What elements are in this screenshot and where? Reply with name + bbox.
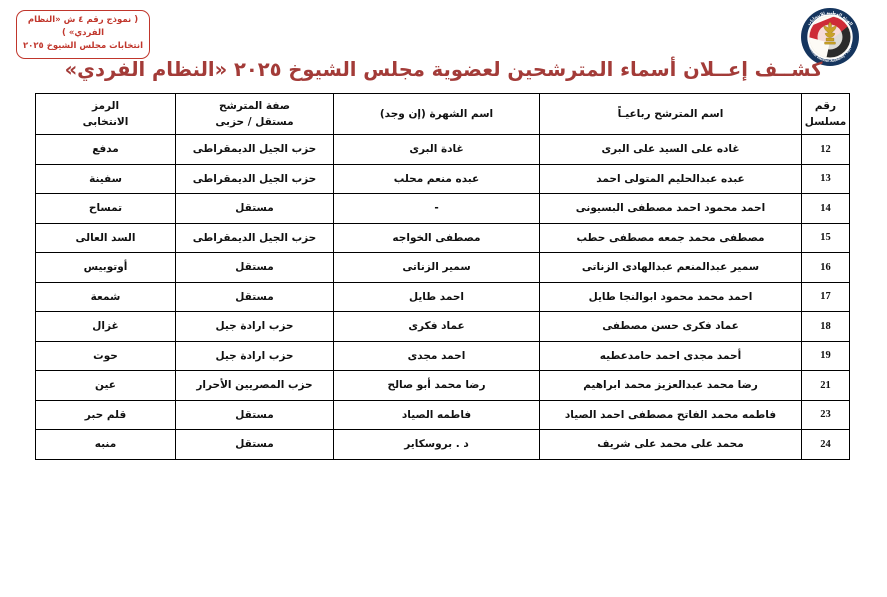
cell-full-name: احمد محمود احمد مصطفى البسيونى xyxy=(540,194,802,224)
cell-serial: 15 xyxy=(802,223,850,253)
cell-symbol: منبه xyxy=(36,430,176,460)
cell-alias: - xyxy=(334,194,540,224)
table-row: 23 فاطمه محمد الفاتح مصطفى احمد الصياد ف… xyxy=(36,400,850,430)
document-page: { "colors": { "title_red": "#a33b38", "b… xyxy=(0,0,887,597)
header-status: صفة المترشح مستقل / حزبى xyxy=(176,94,334,135)
form-number-line: ( نموذج رقم ٤ ش «النظام الفردي» ) xyxy=(21,14,145,40)
cell-serial: 24 xyxy=(802,430,850,460)
cell-symbol: غزال xyxy=(36,312,176,342)
cell-full-name: غاده على السيد على البرى xyxy=(540,135,802,165)
cell-serial: 21 xyxy=(802,371,850,401)
cell-alias: احمد طايل xyxy=(334,282,540,312)
cell-symbol: شمعة xyxy=(36,282,176,312)
header-row: رقم مسلسل اسم المترشح رباعيـاً اسم الشهر… xyxy=(36,94,850,135)
header-alias: اسم الشهرة (إن وجد) xyxy=(334,94,540,135)
cell-serial: 16 xyxy=(802,253,850,283)
cell-symbol: مدفع xyxy=(36,135,176,165)
table-row: 24 محمد على محمد على شريف د . بروسكاير م… xyxy=(36,430,850,460)
table-header: رقم مسلسل اسم المترشح رباعيـاً اسم الشهر… xyxy=(36,94,850,135)
cell-full-name: محمد على محمد على شريف xyxy=(540,430,802,460)
form-election-line: انتخابات مجلس الشيوخ ٢٠٢٥ xyxy=(21,40,145,53)
cell-alias: فاطمه الصياد xyxy=(334,400,540,430)
cell-alias: عبده منعم محلب xyxy=(334,164,540,194)
cell-serial: 14 xyxy=(802,194,850,224)
cell-symbol: عين xyxy=(36,371,176,401)
cell-full-name: عبده عبدالحليم المتولى احمد xyxy=(540,164,802,194)
cell-serial: 23 xyxy=(802,400,850,430)
header-full-name: اسم المترشح رباعيـاً xyxy=(540,94,802,135)
cell-status: مستقل xyxy=(176,400,334,430)
cell-alias: مصطفى الخواجه xyxy=(334,223,540,253)
cell-status: حزب ارادة جيل xyxy=(176,312,334,342)
table-row: 19 أحمد مجدى احمد حامدعطيه احمد مجدى حزب… xyxy=(36,341,850,371)
candidates-tbody: 12 غاده على السيد على البرى غادة البرى ح… xyxy=(36,135,850,460)
cell-full-name: رضا محمد عبدالعزيز محمد ابراهيم xyxy=(540,371,802,401)
cell-symbol: قلم حبر xyxy=(36,400,176,430)
cell-full-name: مصطفى محمد جمعه مصطفى حطب xyxy=(540,223,802,253)
table-row: 17 احمد محمد محمود ابوالنجا طايل احمد طا… xyxy=(36,282,850,312)
cell-status: مستقل xyxy=(176,194,334,224)
cell-status: حزب الجيل الديمقراطى xyxy=(176,135,334,165)
table-row: 13 عبده عبدالحليم المتولى احمد عبده منعم… xyxy=(36,164,850,194)
cell-symbol: حوت xyxy=(36,341,176,371)
cell-symbol: أوتوبيس xyxy=(36,253,176,283)
cell-symbol: سفينة xyxy=(36,164,176,194)
cell-alias: رضا محمد أبو صالح xyxy=(334,371,540,401)
page-title: كشــف إعــلان أسماء المترشحين لعضوية مجل… xyxy=(0,58,887,81)
table-row: 16 سمير عبدالمنعم عبدالهادى الزناتى سمير… xyxy=(36,253,850,283)
table-row: 12 غاده على السيد على البرى غادة البرى ح… xyxy=(36,135,850,165)
cell-full-name: فاطمه محمد الفاتح مصطفى احمد الصياد xyxy=(540,400,802,430)
cell-status: مستقل xyxy=(176,253,334,283)
cell-serial: 19 xyxy=(802,341,850,371)
cell-alias: عماد فكرى xyxy=(334,312,540,342)
cell-full-name: احمد محمد محمود ابوالنجا طايل xyxy=(540,282,802,312)
cell-symbol: السد العالى xyxy=(36,223,176,253)
cell-full-name: عماد فكرى حسن مصطفى xyxy=(540,312,802,342)
cell-status: مستقل xyxy=(176,430,334,460)
cell-status: حزب ارادة جيل xyxy=(176,341,334,371)
cell-alias: د . بروسكاير xyxy=(334,430,540,460)
cell-status: مستقل xyxy=(176,282,334,312)
form-number-box: ( نموذج رقم ٤ ش «النظام الفردي» ) انتخاب… xyxy=(16,10,150,59)
cell-serial: 17 xyxy=(802,282,850,312)
cell-serial: 13 xyxy=(802,164,850,194)
header-serial: رقم مسلسل xyxy=(802,94,850,135)
cell-alias: غادة البرى xyxy=(334,135,540,165)
cell-full-name: سمير عبدالمنعم عبدالهادى الزناتى xyxy=(540,253,802,283)
cell-alias: احمد مجدى xyxy=(334,341,540,371)
cell-status: حزب المصريين الأحرار xyxy=(176,371,334,401)
cell-status: حزب الجيل الديمقراطى xyxy=(176,164,334,194)
header-symbol: الرمز الانتخابى xyxy=(36,94,176,135)
candidates-table-container: رقم مسلسل اسم المترشح رباعيـاً اسم الشهر… xyxy=(35,93,849,460)
table-row: 14 احمد محمود احمد مصطفى البسيونى - مستق… xyxy=(36,194,850,224)
cell-symbol: تمساح xyxy=(36,194,176,224)
cell-alias: سمير الزناتى xyxy=(334,253,540,283)
table-row: 15 مصطفى محمد جمعه مصطفى حطب مصطفى الخوا… xyxy=(36,223,850,253)
table-row: 18 عماد فكرى حسن مصطفى عماد فكرى حزب ارا… xyxy=(36,312,850,342)
cell-full-name: أحمد مجدى احمد حامدعطيه xyxy=(540,341,802,371)
candidates-table: رقم مسلسل اسم المترشح رباعيـاً اسم الشهر… xyxy=(35,93,850,460)
cell-status: حزب الجيل الديمقراطى xyxy=(176,223,334,253)
cell-serial: 12 xyxy=(802,135,850,165)
table-row: 21 رضا محمد عبدالعزيز محمد ابراهيم رضا م… xyxy=(36,371,850,401)
cell-serial: 18 xyxy=(802,312,850,342)
